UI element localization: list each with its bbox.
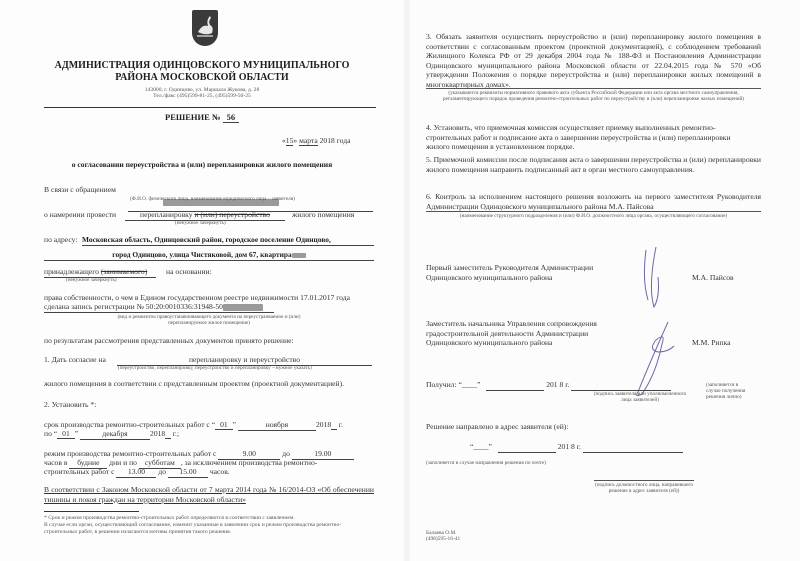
term-to-prefix: по “ <box>44 429 57 438</box>
item1-hint: (переустройство, перепланировку, переуст… <box>118 365 312 371</box>
term-to-month: декабря <box>80 429 150 440</box>
document-page-2: 3. Обязать заявителя осуществить переуст… <box>410 0 800 561</box>
address-line2: город Одинцово, улица Чистяковой, дом 67… <box>44 250 374 261</box>
sent-label: Решение направлено в адрес заявителя (ей… <box>426 422 568 432</box>
item2-label: 2. Установить *: <box>44 400 96 410</box>
intent-suffix: жилого помещения <box>292 210 354 220</box>
belonging-suffix: на основании: <box>166 267 212 277</box>
mode-days-prefix: часов в <box>44 458 67 467</box>
signer2-line2: градостроительной деятельности Администр… <box>426 329 597 339</box>
term-from-day: 01 <box>215 420 233 430</box>
mode-except: , за исключением производства ремонтно- <box>181 458 317 467</box>
item3-text: 3. Обязать заявителя осуществить переуст… <box>426 32 761 90</box>
result-text: по результатам рассмотрения представленн… <box>44 336 294 346</box>
signer1-line1: Первый заместитель Руководителя Админист… <box>426 263 593 273</box>
signer2-title: Заместитель начальника Управления сопров… <box>426 319 597 348</box>
redacted-registration-suffix <box>223 304 263 311</box>
ownership-hint2: перепланируемое жилое помещение) <box>44 320 374 326</box>
received-label: Получил: “____” <box>426 380 480 389</box>
footnote: * Срок и режим производства ремонтно-стр… <box>44 515 374 536</box>
work-mode-line3: строительных работ с 13.00 до 15.00 часо… <box>44 467 230 478</box>
mode-days-mid: дни и по <box>109 458 137 467</box>
received-line: Получил: “____” 201 8 г. <box>426 380 671 391</box>
signer2-line1: Заместитель начальника Управления сопров… <box>426 319 597 329</box>
mode-break-prefix: строительных работ с <box>44 467 115 476</box>
received-sign-hint: (подпись заявителя или уполномоченного л… <box>590 391 690 403</box>
mode-break-from: 13.00 <box>116 467 156 478</box>
date-quote-close: » <box>293 136 297 145</box>
received-year-suffix: г. <box>565 380 569 389</box>
signer2-line3: Одинцовского муниципального района <box>426 338 597 348</box>
intent-value-struck: и (или) переустройство <box>194 210 270 219</box>
item6-hint: (наименование структурного подразделения… <box>426 213 761 219</box>
redacted-apartment <box>292 253 306 258</box>
item1-suffix: жилого помещения в соответствии с предст… <box>44 379 344 389</box>
sent-year-suffix: г. <box>577 442 581 451</box>
footnote-line1: * Срок и режим производства ремонтно-стр… <box>44 515 374 522</box>
intent-label: о намерении провести <box>44 210 116 220</box>
footnote-line2: В случае если орган, осуществляющий согл… <box>44 522 374 536</box>
decision-label: РЕШЕНИЕ № <box>165 112 220 122</box>
address-line2-text: город Одинцово, улица Чистяковой, дом 67… <box>112 250 291 259</box>
signer1-line2: Одинцовского муниципального района <box>426 273 593 283</box>
decision-title: РЕШЕНИЕ № 56 <box>165 112 239 122</box>
sent-sign-hint: (подпись должностного лица, направившего… <box>594 482 694 494</box>
ownership-line2: сделана запись регистрации № 50:20:00103… <box>44 302 274 313</box>
registration-number: сделана запись регистрации № 50:20:00103… <box>44 302 223 311</box>
ownership-hint: (вид и реквизиты правоустанавливающего д… <box>44 314 374 326</box>
law-reference: В соответствии с Законом Московской обла… <box>44 485 374 504</box>
belonging-kept: принадлежащего <box>44 267 99 276</box>
mode-break-to: 15.00 <box>168 467 208 478</box>
item5-text: 5. Приемочной комиссии после подписания … <box>426 155 761 174</box>
document-page-1: АДМИНИСТРАЦИЯ ОДИНЦОВСКОГО МУНИЦИПАЛЬНОГ… <box>0 0 404 561</box>
executor-phone: (498)595-16-41 <box>426 536 460 542</box>
org-contacts: 143000, г. Одинцово, ул. Маршала Жукова,… <box>0 87 404 99</box>
received-year: 201 8 <box>546 380 563 389</box>
decision-date: «15» марта 2018 года <box>282 136 350 146</box>
belonging-struck: (занимаемого) <box>101 267 147 276</box>
item3-hint: (указываются реквизиты нормативного прав… <box>426 90 761 102</box>
term-prefix: срок производства ремонтно-строительных … <box>44 420 215 429</box>
signer1-title: Первый заместитель Руководителя Админист… <box>426 263 593 282</box>
term-to-year: 2018 <box>150 429 165 438</box>
term-from-year: 2018 <box>316 420 331 429</box>
org-name-line1: АДМИНИСТРАЦИЯ ОДИНЦОВСКОГО МУНИЦИПАЛЬНОГ… <box>0 60 404 72</box>
sent-fill-hint: (заполняется в случае направления решени… <box>426 460 546 466</box>
belonging-value: принадлежащего (занимаемого) <box>44 267 156 278</box>
date-suffix: года <box>337 136 351 145</box>
date-month: марта <box>299 136 318 146</box>
mode-break-to-label: до <box>158 467 166 476</box>
appeal-label: В связи с обращением <box>44 185 116 195</box>
item1-label: 1. Дать согласие на <box>44 355 106 365</box>
signer2-name: М.М. Рипка <box>692 338 731 348</box>
mode-break-suffix: часов. <box>210 467 230 476</box>
org-name-line2: РАЙОНА МОСКОВСКОЙ ОБЛАСТИ <box>0 72 404 84</box>
intent-value-kept: перепланировку <box>140 210 193 219</box>
sent-date: “____” <box>470 442 492 451</box>
term-from-month: ноября <box>238 420 316 431</box>
received-fill-hint: (заполняется в случае получения решения … <box>706 382 754 401</box>
intent-value: перепланировку и (или) переустройство <box>125 210 285 221</box>
mode-to-label: до <box>282 449 290 458</box>
item6-text: 6. Контроль за исполнением настоящего ре… <box>426 192 761 211</box>
org-phone: Тел./факс (495)599-81-25, (495)599-50-25 <box>0 93 404 99</box>
executor-info: Балаева О.М. (498)595-16-41 <box>426 530 460 542</box>
belonging-hint: (ненужное зачеркнуть) <box>66 277 117 283</box>
signer1-name: М.А. Пайсов <box>692 273 734 283</box>
sent-year: 201 8 <box>558 442 575 451</box>
org-name: АДМИНИСТРАЦИЯ ОДИНЦОВСКОГО МУНИЦИПАЛЬНОГ… <box>0 60 404 84</box>
item4-text: 4. Установить, что приемочная комиссия о… <box>426 123 746 152</box>
item1-value: перепланировку и переустройство <box>117 355 372 366</box>
appeal-hint: (Ф.И.О. физического лица, наименование ю… <box>130 196 295 202</box>
decision-subject: о согласовании переустройства и (или) пе… <box>0 160 404 170</box>
mode-prefix: режим производства ремонтно-строительных… <box>44 449 216 458</box>
coat-of-arms-icon <box>192 10 218 46</box>
term-to-day: 01 <box>57 429 75 439</box>
work-term-line2: по “01” декабря2018 г.; <box>44 429 179 440</box>
decision-number: 56 <box>223 112 240 123</box>
date-year: 2018 <box>320 136 335 145</box>
signature-1-icon <box>628 245 678 315</box>
intent-hint: (ненужное зачеркнуть) <box>175 220 226 226</box>
address-line1: Московская область, Одинцовский район, г… <box>82 235 374 246</box>
sent-date-line: “____” 201 8 г. <box>470 442 683 453</box>
address-label: по адресу: <box>44 235 77 245</box>
